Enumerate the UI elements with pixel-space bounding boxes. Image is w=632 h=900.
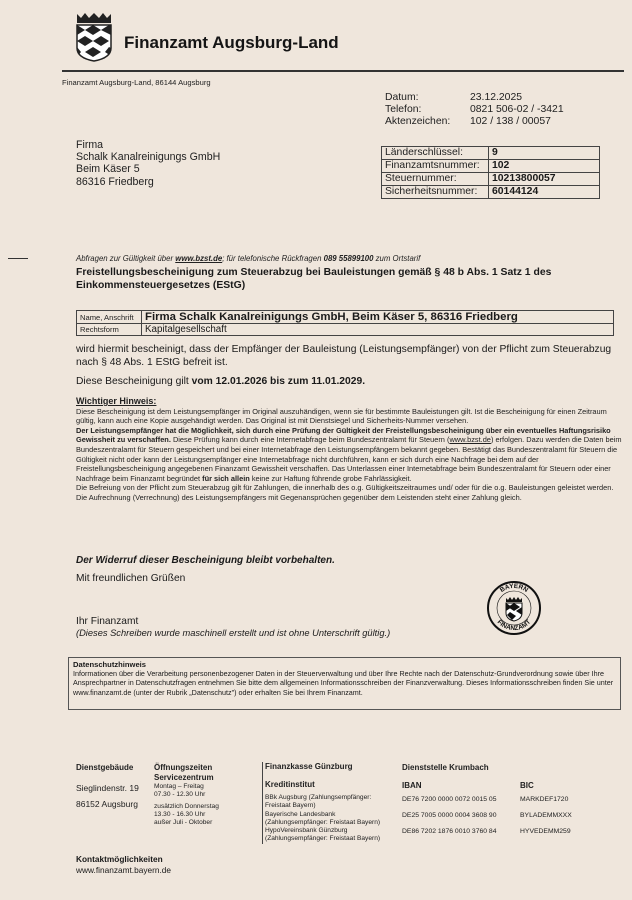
table-row: RechtsformKapitalgesellschaft bbox=[77, 324, 614, 336]
phone-value: 0821 506-02 / -3421 bbox=[470, 104, 564, 116]
footer-heading: Dienstgebäude bbox=[76, 763, 139, 773]
validity-check-hint: Abfragen zur Gültigkeit über www.bzst.de… bbox=[76, 254, 420, 263]
signature: Ihr Finanzamt bbox=[76, 616, 138, 627]
contact-link[interactable]: www.finanzamt.bayern.de bbox=[76, 865, 171, 876]
revocation-note: Der Widerruf dieser Bescheinigung bleibt… bbox=[76, 555, 335, 566]
exemption-statement: wird hiermit bescheinigt, dass der Empfä… bbox=[76, 344, 621, 369]
document-title: Freistellungsbescheinigung zum Steuerabz… bbox=[76, 267, 616, 292]
iban-value: DE25 7005 0000 0004 3608 90 bbox=[402, 811, 520, 827]
table-row: Länderschlüssel:9 bbox=[382, 147, 600, 160]
letter-meta: Datum:23.12.2025 Telefon:0821 506-02 / -… bbox=[385, 92, 564, 128]
hint-text: Abfragen zur Gültigkeit über bbox=[76, 254, 175, 263]
bank-name: Bayerische Landesbank (Zahlungsempfänger… bbox=[265, 811, 393, 828]
notice-text: keine zur Haftung führende grobe Fahrläs… bbox=[250, 474, 412, 483]
privacy-text: Informationen über die Verarbeitung pers… bbox=[73, 669, 616, 697]
official-seal-icon: BAYERN FINANZAMT bbox=[486, 580, 542, 636]
id-label: Länderschlüssel: bbox=[382, 147, 489, 160]
hours-line: zusätzlich Donnerstag bbox=[154, 803, 249, 811]
entity-table: Name, AnschriftFirma Schalk Kanalreinigu… bbox=[76, 310, 614, 336]
footer-heading: Kontaktmöglichkeiten bbox=[76, 854, 171, 865]
entity-label: Rechtsform bbox=[77, 324, 142, 336]
notice-paragraph: Die Befreiung von der Pflicht zum Steuer… bbox=[76, 483, 624, 502]
privacy-notice: Datenschutzhinweis Informationen über di… bbox=[68, 657, 621, 710]
machine-note: (Dieses Schreiben wurde maschinell erste… bbox=[76, 628, 390, 638]
recipient-address: Firma Schalk Kanalreinigungs GmbH Beim K… bbox=[76, 139, 220, 188]
id-label: Steuernummer: bbox=[382, 173, 489, 186]
validity-text: Diese Bescheinigung gilt bbox=[76, 376, 192, 387]
id-value: 102 bbox=[489, 160, 600, 173]
validity-dates: vom 12.01.2026 bis zum 11.01.2029. bbox=[192, 376, 365, 387]
bic-value: HYVEDEMM259 bbox=[520, 827, 571, 843]
notice-text: Diese Prüfung kann durch eine Internetab… bbox=[171, 435, 450, 444]
bank-name: HypoVereinsbank Günzburg (Zahlungsempfän… bbox=[265, 827, 393, 844]
bavaria-coat-of-arms-icon bbox=[74, 12, 114, 62]
recipient-line: 86316 Friedberg bbox=[76, 176, 220, 188]
bzst-link[interactable]: www.bzst.de bbox=[175, 254, 222, 263]
recipient-line: Firma bbox=[76, 139, 220, 151]
hours-line: Montag – Freitag bbox=[154, 783, 249, 791]
greeting: Mit freundlichen Grüßen bbox=[76, 573, 185, 584]
notice-paragraph: Der Leistungsempfänger hat die Möglichke… bbox=[76, 426, 624, 484]
iban-value: DE76 7200 0000 0072 0015 05 bbox=[402, 795, 520, 811]
hint-text: zum Ortstarif bbox=[373, 254, 420, 263]
hotline-number: 089 55899100 bbox=[324, 254, 374, 263]
hours-line: 07.30 - 12.30 Uhr bbox=[154, 791, 249, 799]
building-street: Sieglindenstr. 19 bbox=[76, 783, 139, 793]
important-notice: Wichtiger Hinweis: Diese Bescheinigung i… bbox=[76, 397, 624, 503]
iban-heading: IBAN bbox=[402, 781, 520, 795]
notice-bold: für sich allein bbox=[202, 474, 250, 483]
id-value: 10213800057 bbox=[489, 173, 600, 186]
recipient-line: Schalk Kanalreinigungs GmbH bbox=[76, 151, 220, 163]
footer-kasse: Finanzkasse Günzburg Kreditinstitut BBk … bbox=[262, 762, 393, 844]
footer-hours: Öffnungszeiten Servicezentrum Montag – F… bbox=[154, 763, 249, 827]
validity-period: Diese Bescheinigung gilt vom 12.01.2026 … bbox=[76, 376, 365, 387]
notice-heading: Wichtiger Hinweis: bbox=[76, 397, 624, 407]
bank-column-heading: Kreditinstitut bbox=[265, 780, 393, 790]
legal-form: Kapitalgesellschaft bbox=[142, 324, 614, 336]
footer-heading: Dienststelle Krumbach bbox=[402, 763, 627, 773]
sender-line: Finanzamt Augsburg-Land, 86144 Augsburg bbox=[62, 78, 211, 87]
header-divider bbox=[62, 70, 624, 72]
bic-value: BYLADEMMXXX bbox=[520, 811, 572, 827]
table-row: Finanzamtsnummer:102 bbox=[382, 160, 600, 173]
footer-branch: Dienststelle Krumbach IBANBIC DE76 7200 … bbox=[402, 763, 627, 843]
footer-contact: Kontaktmöglichkeiten www.finanzamt.bayer… bbox=[76, 854, 171, 876]
authority-name: Finanzamt Augsburg-Land bbox=[124, 33, 339, 53]
bzst-link[interactable]: www.bzst.de bbox=[449, 435, 491, 444]
table-row: Steuernummer:10213800057 bbox=[382, 173, 600, 186]
footer-building: Dienstgebäude Sieglindenstr. 19 86152 Au… bbox=[76, 763, 139, 809]
meta-label: Telefon: bbox=[385, 104, 470, 116]
hint-text: ; für telefonische Rückfragen bbox=[222, 254, 323, 263]
footer-heading: Öffnungszeiten Servicezentrum bbox=[154, 763, 249, 783]
fold-mark bbox=[8, 258, 28, 259]
id-value: 60144124 bbox=[489, 186, 600, 199]
table-row: Sicherheitsnummer:60144124 bbox=[382, 186, 600, 199]
entity-name: Firma Schalk Kanalreinigungs GmbH, Beim … bbox=[142, 311, 614, 324]
account-row: DE86 7202 1876 0010 3760 84HYVEDEMM259 bbox=[402, 827, 627, 843]
id-value: 9 bbox=[489, 147, 600, 160]
building-city: 86152 Augsburg bbox=[76, 799, 139, 809]
entity-label: Name, Anschrift bbox=[77, 311, 142, 324]
table-row: Name, AnschriftFirma Schalk Kanalreinigu… bbox=[77, 311, 614, 324]
tax-id-table: Länderschlüssel:9 Finanzamtsnummer:102 S… bbox=[381, 146, 600, 199]
privacy-heading: Datenschutzhinweis bbox=[73, 660, 146, 669]
meta-label: Datum: bbox=[385, 92, 470, 104]
bic-heading: BIC bbox=[520, 781, 534, 795]
bic-value: MARKDEF1720 bbox=[520, 795, 568, 811]
notice-paragraph: Diese Bescheinigung ist dem Leistungsemp… bbox=[76, 407, 624, 426]
meta-label: Aktenzeichen: bbox=[385, 116, 470, 128]
account-row: DE25 7005 0000 0004 3608 90BYLADEMMXXX bbox=[402, 811, 627, 827]
id-label: Finanzamtsnummer: bbox=[382, 160, 489, 173]
iban-value: DE86 7202 1876 0010 3760 84 bbox=[402, 827, 520, 843]
id-label: Sicherheitsnummer: bbox=[382, 186, 489, 199]
date-value: 23.12.2025 bbox=[470, 92, 522, 104]
footer-heading: Finanzkasse Günzburg bbox=[265, 762, 393, 772]
account-row: DE76 7200 0000 0072 0015 05MARKDEF1720 bbox=[402, 795, 627, 811]
hours-line: 13.30 - 16.30 Uhr bbox=[154, 811, 249, 819]
bank-name: BBk Augsburg (Zahlungsempfänger: Freista… bbox=[265, 794, 393, 811]
file-ref-value: 102 / 138 / 00057 bbox=[470, 116, 551, 128]
hours-line: außer Juli - Oktober bbox=[154, 819, 249, 827]
recipient-line: Beim Käser 5 bbox=[76, 163, 220, 175]
